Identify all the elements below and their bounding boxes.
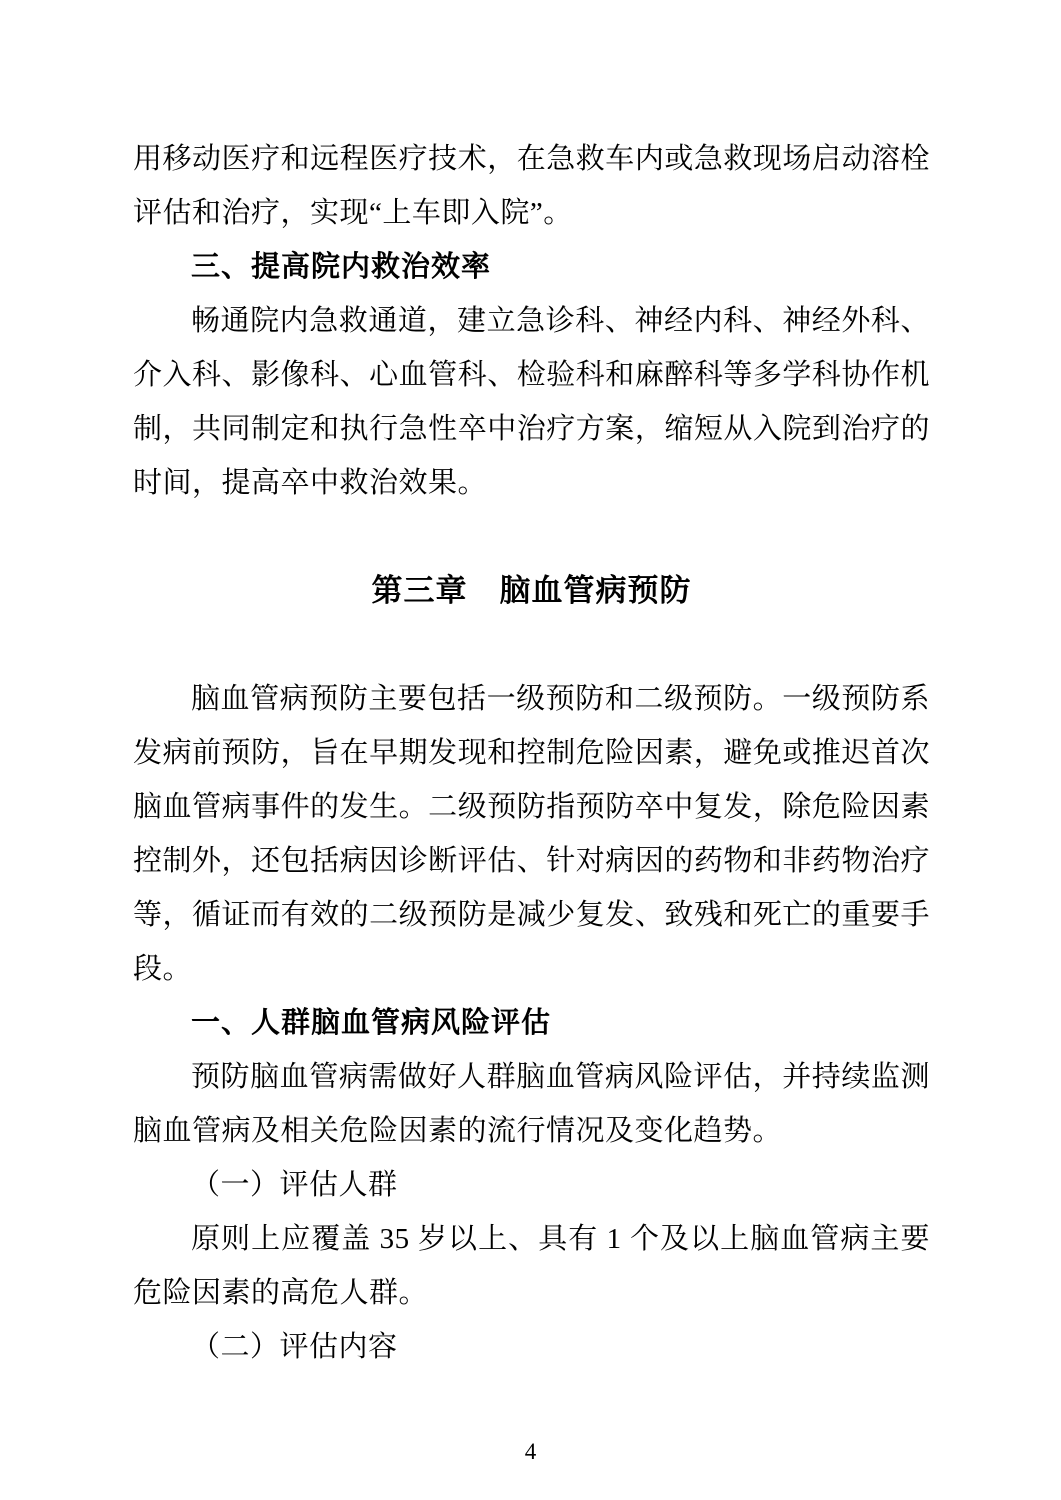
- paragraph-prevention-overview: 脑血管病预防主要包括一级预防和二级预防。一级预防系发病前预防，旨在早期发现和控制…: [133, 672, 930, 996]
- subheading-assessment-content: （二）评估内容: [133, 1320, 930, 1374]
- subheading-assessment-population: （一）评估人群: [133, 1158, 930, 1212]
- document-page: 用移动医疗和远程医疗技术，在急救车内或急救现场启动溶栓评估和治疗，实现“上车即入…: [0, 0, 1061, 1500]
- paragraph-risk-assessment-monitoring: 预防脑血管病需做好人群脑血管病风险评估，并持续监测脑血管病及相关危险因素的流行情…: [133, 1050, 930, 1158]
- chapter-title-cerebrovascular-prevention: 第三章 脑血管病预防: [133, 564, 930, 618]
- paragraph-green-channel: 畅通院内急救通道，建立急诊科、神经内科、神经外科、介入科、影像科、心血管科、检验…: [133, 294, 930, 510]
- paragraph-mobile-medical-continuation: 用移动医疗和远程医疗技术，在急救车内或急救现场启动溶栓评估和治疗，实现“上车即入…: [133, 132, 930, 240]
- heading-population-risk-assessment: 一、人群脑血管病风险评估: [133, 996, 930, 1050]
- heading-in-hospital-efficiency: 三、提高院内救治效率: [133, 240, 930, 294]
- page-content: 用移动医疗和远程医疗技术，在急救车内或急救现场启动溶栓评估和治疗，实现“上车即入…: [133, 132, 930, 1374]
- page-number: 4: [0, 1440, 1061, 1464]
- paragraph-assessment-population: 原则上应覆盖 35 岁以上、具有 1 个及以上脑血管病主要危险因素的高危人群。: [133, 1212, 930, 1320]
